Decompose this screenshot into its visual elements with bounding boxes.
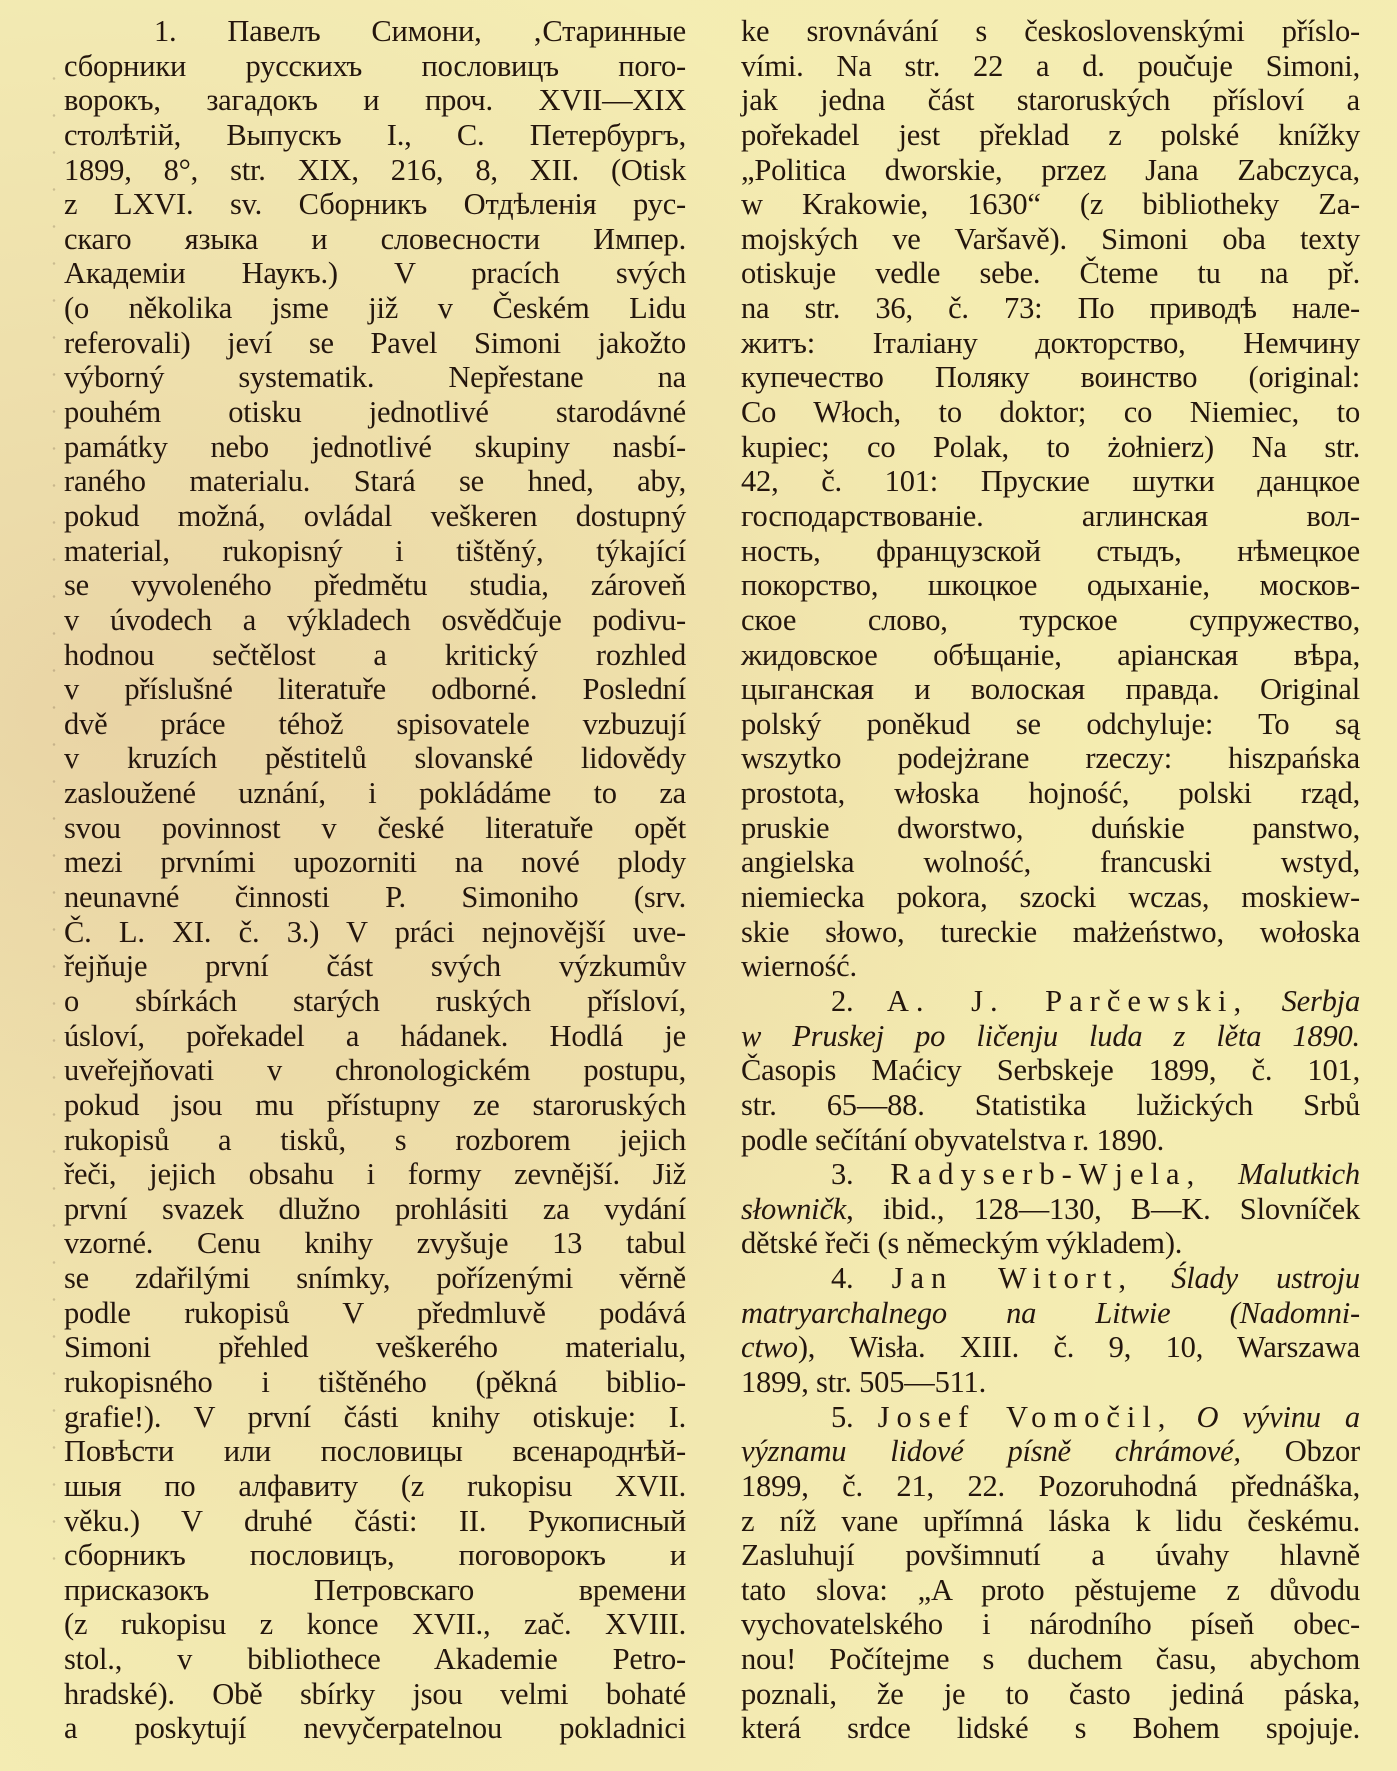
entry-detail-line: ctwo), Wisła. XIII. č. 9, 10, Warszawa <box>741 1330 1360 1365</box>
text-line: niemiecka pokora, szocki wczas, moskiew- <box>741 880 1360 915</box>
text-line: pruskie dworstwo, duńskie panstwo, <box>741 811 1360 846</box>
text-line: neunavné činnosti P. Simoniho (srv. <box>64 880 686 915</box>
text-line: присказокъ Петровскаго времени <box>64 1573 686 1608</box>
text-line: сборникъ пословицъ, поговорокъ и <box>64 1538 686 1573</box>
text-line: Академіи Наукъ.) V pracích svých <box>64 256 686 291</box>
text-line: angielska wolność, francuski wstyd, <box>741 845 1360 880</box>
text-line: vzorné. Cenu knihy zvyšuje 13 tabul <box>64 1226 686 1261</box>
entry-line: vychovatelského i národního píseň obec- <box>741 1607 1360 1642</box>
entry-heading: 2. A. J. Parčewski, Serbja <box>741 984 1360 1019</box>
text-line: mojských ve Varšavě). Simoni oba texty <box>741 222 1360 257</box>
text-line: столѣтій, Выпускъ I., С. Петербургъ, <box>64 118 686 153</box>
text-line: výborný systematik. Nepřestane na <box>64 360 686 395</box>
text-line: v kruzích pěstitelů slovanské lidovědy <box>64 741 686 776</box>
text-line: wierność. <box>741 949 1360 984</box>
entry-author: A. J. Parčewski, <box>887 984 1248 1018</box>
entry-detail: , ibid., 128—130, B—K. Slovníček <box>846 1192 1360 1226</box>
margin-specks <box>50 60 58 1560</box>
text-line: hodnou sečtělost a kritický rozhled <box>64 638 686 673</box>
text-line: (o několika jsme již v Českém Lidu <box>64 291 686 326</box>
text-line: 1899, 8°, str. XIX, 216, 8, XII. (Otisk <box>64 153 686 188</box>
text-line: 42, č. 101: Пруские шутки данцкое <box>741 464 1360 499</box>
entry-title-italic: ctwo <box>741 1330 798 1364</box>
text-line: stol., v bibliothece Akademie Petro- <box>64 1642 686 1677</box>
text-line: polský poněkud se odchyluje: To są <box>741 707 1360 742</box>
entry-title: Malutkich <box>1238 1157 1360 1191</box>
text-line: купечество Поляку воинство (original: <box>741 360 1360 395</box>
entry-title: O vývinu a <box>1197 1400 1360 1434</box>
entry-line: str. 65—88. Statistika lužických Srbů <box>741 1088 1360 1123</box>
text-line: zasloužené uznání, i pokládáme to za <box>64 776 686 811</box>
text-line: ворокъ, загадокъ и проч. XVII—XIX <box>64 83 686 118</box>
entry-author: Jan Witort, <box>892 1261 1133 1295</box>
text-line: vími. Na str. 22 a d. poučuje Simoni, <box>741 49 1360 84</box>
right-column: ke srovnávání s československými příslo-… <box>741 14 1360 1746</box>
bibliography-entry-2: 2. A. J. Parčewski, Serbja w Pruskej po … <box>741 984 1360 1157</box>
text-line: ke srovnávání s československými příslo- <box>741 14 1360 49</box>
text-line: první svazek dlužno prohlásiti za vydání <box>64 1192 686 1227</box>
text-line: úsloví, pořekadel a hádanek. Hodlá je <box>64 1019 686 1054</box>
text-line: památky nebo jednotlivé skupiny nasbí- <box>64 430 686 465</box>
entry-number: 3. <box>831 1157 853 1191</box>
text-line: v úvodech a výkladech osvědčuje podivu- <box>64 603 686 638</box>
text-line: pouhém otisku jednotlivé starodávné <box>64 395 686 430</box>
text-line: покорство, шкоцкое одыханіе, москов- <box>741 568 1360 603</box>
text-line: řejňuje první část svých výzkumův <box>64 949 686 984</box>
text-line: raného materialu. Stará se hned, aby, <box>64 464 686 499</box>
text-line: Č. L. XI. č. 3.) V práci nejnovější uve- <box>64 915 686 950</box>
text-line: svou povinnost v české literatuře opět <box>64 811 686 846</box>
bibliography-entry-5: 5. Josef Vomočil, O vývinu a významu lid… <box>741 1400 1360 1746</box>
entry-line: podle sečítání obyvatelstva r. 1890. <box>741 1123 1360 1158</box>
entry-heading: 3. Radyserb-Wjela, Malutkich <box>741 1157 1360 1192</box>
entry-line: poznali, že je to často jediná páska, <box>741 1677 1360 1712</box>
entry-title-italic: słowničk <box>741 1192 846 1226</box>
text-line: „Politica dworskie, przez Jana Zabczyca, <box>741 153 1360 188</box>
text-line: grafie!). V první části knihy otiskuje: … <box>64 1400 686 1435</box>
review-1-continuation: ke srovnávání s československými příslo-… <box>741 14 1360 984</box>
entry-title-cont: významu lidové písně chrámové, Obzor <box>741 1434 1360 1469</box>
text-line: dvě práce téhož spisovatele vzbuzují <box>64 707 686 742</box>
text-line: цыганская и волоская правда. Original <box>741 672 1360 707</box>
scanned-page: 1. Павелъ Симони, ‚Старинныесборники рус… <box>0 0 1397 1771</box>
entry-line: dětské řeči (s německým výkladem). <box>741 1226 1360 1261</box>
text-line: житъ: Італіану докторство, Немчину <box>741 326 1360 361</box>
text-line: (z rukopisu z konce XVII., zač. XVIII. <box>64 1607 686 1642</box>
text-line: rukopisného i tištěného (pěkná biblio- <box>64 1365 686 1400</box>
entry-line: 1899, č. 21, 22. Pozoruhodná přednáška, <box>741 1469 1360 1504</box>
text-line: a poskytují nevyčerpatelnou pokladnici <box>64 1711 686 1746</box>
text-line: na str. 36, č. 73: По приводѣ нале- <box>741 291 1360 326</box>
bibliography-entry-3: 3. Radyserb-Wjela, Malutkich słowničk, i… <box>741 1157 1360 1261</box>
text-line: сборники русскихъ пословицъ пого- <box>64 49 686 84</box>
entry-author: Radyserb-Wjela, <box>890 1157 1201 1191</box>
text-line: jak jedna část staroruských přísloví a <box>741 83 1360 118</box>
entry-title-italic: významu lidové písně chrámové, <box>741 1434 1241 1468</box>
entry-heading: 5. Josef Vomočil, O vývinu a <box>741 1400 1360 1435</box>
entry-title: Ślady ustroju <box>1171 1261 1360 1295</box>
entry-line: 1899, str. 505—511. <box>741 1365 1360 1400</box>
text-line: шыя по алфавиту (z rukopisu XVII. <box>64 1469 686 1504</box>
bibliography-entry-4: 4. Jan Witort, Ślady ustroju matryarchal… <box>741 1261 1360 1400</box>
text-line: Повѣсти или пословицы всенароднѣй- <box>64 1434 686 1469</box>
text-line: pořekadel jest překlad z polské knížky <box>741 118 1360 153</box>
text-line: Simoni přehled veškerého materialu, <box>64 1330 686 1365</box>
text-line: material, rukopisný i tištěný, týkající <box>64 534 686 569</box>
text-line: ность, французской стыдъ, нѣмецкое <box>741 534 1360 569</box>
left-column: 1. Павелъ Симони, ‚Старинныесборники рус… <box>64 14 686 1746</box>
text-line: o sbírkách starých ruských přísloví, <box>64 984 686 1019</box>
text-line: mezi prvními upozorniti na nové plody <box>64 845 686 880</box>
entry-heading: 4. Jan Witort, Ślady ustroju <box>741 1261 1360 1296</box>
text-line: otiskuje vedle sebe. Čteme tu na př. <box>741 256 1360 291</box>
entry-title-cont: słowničk, ibid., 128—130, B—K. Slovníček <box>741 1192 1360 1227</box>
entry-line: Časopis Maćicy Serbskeje 1899, č. 101, <box>741 1053 1360 1088</box>
text-line: скаго языка и словесности Импер. <box>64 222 686 257</box>
text-line: pokud možná, ovládal veškeren dostupný <box>64 499 686 534</box>
entry-line: která srdce lidské s Bohem spojuje. <box>741 1711 1360 1746</box>
text-line: řeči, jejich obsahu i formy zevnější. Ji… <box>64 1157 686 1192</box>
entry-line: nou! Počítejme s duchem času, abychom <box>741 1642 1360 1677</box>
text-line: pokud jsou mu přístupny ze staroruských <box>64 1088 686 1123</box>
entry-number: 5. <box>831 1400 853 1434</box>
entry-line: tato slova: „A proto pěstujeme z důvodu <box>741 1573 1360 1608</box>
text-line: hradské). Obě sbírky jsou velmi bohaté <box>64 1677 686 1712</box>
entry-line: z níž vane upřímná láska k lidu českému. <box>741 1504 1360 1539</box>
text-line: se vyvoleného předmětu studia, zároveň <box>64 568 686 603</box>
text-line: věku.) V druhé části: II. Рукописный <box>64 1504 686 1539</box>
text-line: жидовское обѣщаніе, аріанская вѣра, <box>741 638 1360 673</box>
text-line: господарствованіе. аглинская вол- <box>741 499 1360 534</box>
text-line: w Krakowie, 1630“ (z bibliotheky Za- <box>741 187 1360 222</box>
entry-detail: Obzor <box>1241 1434 1360 1468</box>
text-line: skie słowo, tureckie małżeństwo, wołoska <box>741 915 1360 950</box>
text-line: prostota, włoska hojność, polski rząd, <box>741 776 1360 811</box>
entry-title: Serbja <box>1282 984 1360 1018</box>
text-line: Co Włoch, to doktor; co Niemiec, to <box>741 395 1360 430</box>
entry-detail: ), Wisła. XIII. č. 9, 10, Warszawa <box>798 1330 1360 1364</box>
entry-line: Zasluhují povšimnutí a úvahy hlavně <box>741 1538 1360 1573</box>
text-line: rukopisů a tisků, s rozborem jejich <box>64 1123 686 1158</box>
entry-title-cont: matryarchalnego na Litwie (Nadomni- <box>741 1296 1360 1331</box>
text-line: wszytko podejżrane rzeczy: hiszpańska <box>741 741 1360 776</box>
text-line: v příslušné literatuře odborné. Poslední <box>64 672 686 707</box>
text-line: se zdařilými snímky, pořízenými věrně <box>64 1261 686 1296</box>
text-line: podle rukopisů V předmluvě podává <box>64 1296 686 1331</box>
text-line: kupiec; co Polak, to żołnierz) Na str. <box>741 430 1360 465</box>
text-line: uveřejňovati v chronologickém postupu, <box>64 1053 686 1088</box>
text-line: z LXVI. sv. Сборникъ Отдѣленія рус- <box>64 187 686 222</box>
entry-author: Josef Vomočil, <box>878 1400 1173 1434</box>
entry-title-cont: w Pruskej po ličenju luda z lěta 1890. <box>741 1019 1360 1054</box>
entry-number: 4. <box>831 1261 853 1295</box>
text-line: ское слово, турское супружество, <box>741 603 1360 638</box>
entry-number: 2. <box>831 984 853 1018</box>
text-line: 1. Павелъ Симони, ‚Старинные <box>64 14 686 49</box>
text-line: referovali) jeví se Pavel Simoni jakožto <box>64 326 686 361</box>
